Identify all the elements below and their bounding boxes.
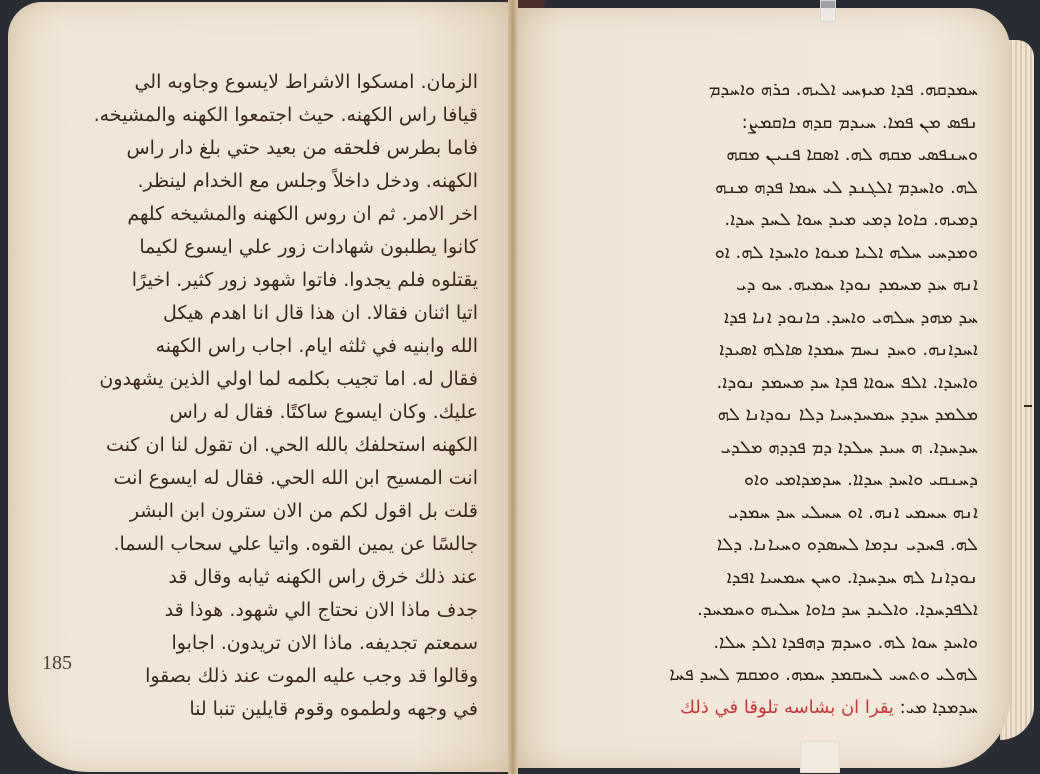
right-page-text: ܚܡܕܩܗ. ܦܕܐ ܡܝܙܚܝ ܐܠܝܗ. ܟܪܗ ܘܐܚܕܡ ܢܦܣ ܡܢ … — [548, 74, 978, 724]
text-line: ܢܦܣ ܡܢ ܦܡܐ. ܚܝܕܡ ܩܕܗ ܟܐܩܡܨ: — [548, 107, 978, 140]
text-line: فاما بطرس فلحقه من بعيد حتي بلغ دار راس — [48, 132, 478, 165]
text-line: ܠܗ. ܘܐܚܕܡ ܐܠܓܢܕ ܠܝ ܚܡܐ ܦܕܗ ܡܢܗ — [548, 172, 978, 205]
text-line: ܚܕ ܡܗܕ ܚܠܗܝ ܘܐܚܕ. ܟܐܢܘܕ ܐܢܐ ܦܕܐ — [548, 302, 978, 335]
gutter — [508, 0, 518, 774]
text-line: وقالوا قد وجب عليه الموت عند ذلك بصقوا — [48, 660, 478, 693]
folio-number: 185 — [42, 652, 72, 675]
left-page-text: الزمان. امسكوا الاشراط لايسوع وجاوبه الي… — [48, 66, 478, 726]
text-line: ܐܠܦܕܚܕܐ. ܘܐܠܝܕ ܚܕ ܟܐܘܐ ܚܠܝܗ ܘܚܡܚܕ. — [548, 594, 978, 627]
text-line: قلت بل اقول لكم من الان سترون ابن البشر — [48, 495, 478, 528]
text-line-last: ܚܕܡܕܐ ܡܝ: يقرا ان بشاسه تلوقا في ذلك — [548, 692, 978, 725]
text-line: في وجهه ولطموه وقوم قايلين تنبا لنا — [48, 693, 478, 726]
text-line: ܘܐܚܕ ܚܘܐ ܠܗ. ܘܚܕܡ ܕܗܦܕܐ ܐܠܕ ܚܠܐ. — [548, 627, 978, 660]
text-line: جالسًا عن يمين القوه. واتيا علي سحاب الس… — [48, 528, 478, 561]
clip — [820, 0, 836, 22]
text-line: ܐܢܗ ܚܚܡܝ ܐܢܗ. ܐܘ ܚܚܠܝ ܚܕ ܚܡܕܝ — [548, 497, 978, 530]
margin-mark — [1024, 405, 1032, 407]
text-line: اتيا اثنان فقالا. ان هذا قال انا اهدم هي… — [48, 297, 478, 330]
text-line: ܘܡܕܚܝ ܚܠܗ ܐܠܝܐ ܡܝܘܐ ܘܐܚܕܐ ܠܗ. ܐܘ — [548, 237, 978, 270]
text-line: الزمان. امسكوا الاشراط لايسوع وجاوبه الي — [48, 66, 478, 99]
paper-tab — [800, 741, 840, 773]
text-line: ܘܚܢܦܣܝ ܡܩܗ ܠܗ. ܐܣܩܐ ܦܢܝܢ ܡܩܗ — [548, 139, 978, 172]
text-line: ܚܡܕܩܗ. ܦܕܐ ܡܝܙܚܝ ܐܠܝܗ. ܟܪܗ ܘܐܚܕܡ — [548, 74, 978, 107]
rubric-text: يقرا ان بشاسه تلوقا في ذلك — [680, 697, 894, 718]
text-line: قيافا راس الكهنه. حيث اجتمعوا الكهنه وال… — [48, 99, 478, 132]
text-line: فقال له. اما تجيب بكلمه لما اولي الذين ي… — [48, 363, 478, 396]
text-line: عند ذلك خرق راس الكهنه ثيابه وقال قد — [48, 561, 478, 594]
text-line: ܡܠܡܕ ܚܕܕ ܚܡܚܕܚܝܐ ܕܠܐ ܢܘܕܐܢܐ ܠܗ — [548, 399, 978, 432]
text-line: ܠܗ. ܦܚܕܝ ܢܕܡܐ ܠܚܣܕܘ ܘܚܝܐܢܐ. ܕܠܐ — [548, 529, 978, 562]
text-line: ܐܢܗ ܚܕ ܡܚܡܕ ܢܘܕܐ ܚܡܝܗ. ܚܘ ܕܝ — [548, 269, 978, 302]
line-start: ܚܕܡܕܐ ܡܝ: — [900, 697, 978, 718]
text-line: يقتلوه فلم يجدوا. فاتوا شهود زور كثير. ا… — [48, 264, 478, 297]
text-line: ܠܗܠܝ ܘܬܚܝ ܠܚܩܡܕ ܚܡܗ. ܘܡܩܡ ܠܚܕ ܦܚܐ — [548, 659, 978, 692]
text-line: ܕܡܝܗ. ܟܐܘܐ ܕܡܝ ܡܝܕ ܚܘܐ ܠܚܕ ܚܕܐ. — [548, 204, 978, 237]
text-line: عليك. وكان ايسوع ساكتًا. فقال له راس — [48, 396, 478, 429]
text-line: اخر الامر. ثم ان روس الكهنه والمشيخه كله… — [48, 198, 478, 231]
text-line: انت المسيح ابن الله الحي. فقال له ايسوع … — [48, 462, 478, 495]
text-line: جدف ماذا الان نحتاج الي شهود. هوذا قد — [48, 594, 478, 627]
text-line: كانوا يطلبون شهادات زور علي ايسوع لكيما — [48, 231, 478, 264]
text-line: ܕܚܢܩܝ ܘܐܚܕ ܚܕܐܐ. ܚܕܡܕܐܡܝ ܘܐܘ — [548, 464, 978, 497]
text-line: ܐܚܕܐܢܗ. ܘܚܕ ܢܚܡ ܚܡܕܐ ܣܐܠܗ ܐܣܝܕܐ — [548, 334, 978, 367]
text-line: سمعتم تجديفه. ماذا الان تريدون. اجابوا — [48, 627, 478, 660]
text-line: الكهنه استحلفك بالله الحي. ان تقول لنا ا… — [48, 429, 478, 462]
text-line: ܢܘܕܐܢܐ ܠܗ ܚܕܚܕܐ. ܘܚܢ ܚܡܚܝܐ ܐܦܕܐ — [548, 562, 978, 595]
text-line: الكهنه. ودخل داخلاً وجلس مع الخدام لينظر… — [48, 165, 478, 198]
text-line: ܚܕܚܕܐ. ܗ ܚܝܕ ܚܠܕܐ ܕܡ ܦܕܕܗ ܡܠܕܝ — [548, 432, 978, 465]
text-line: ܘܐܚܕܐ. ܐܠܦ ܚܘܐܐ ܦܕܐ ܚܕ ܡܚܡܕ ܢܘܕܐ. — [548, 367, 978, 400]
text-line: الله وابنيه في ثلثه ايام. اجاب راس الكهن… — [48, 330, 478, 363]
